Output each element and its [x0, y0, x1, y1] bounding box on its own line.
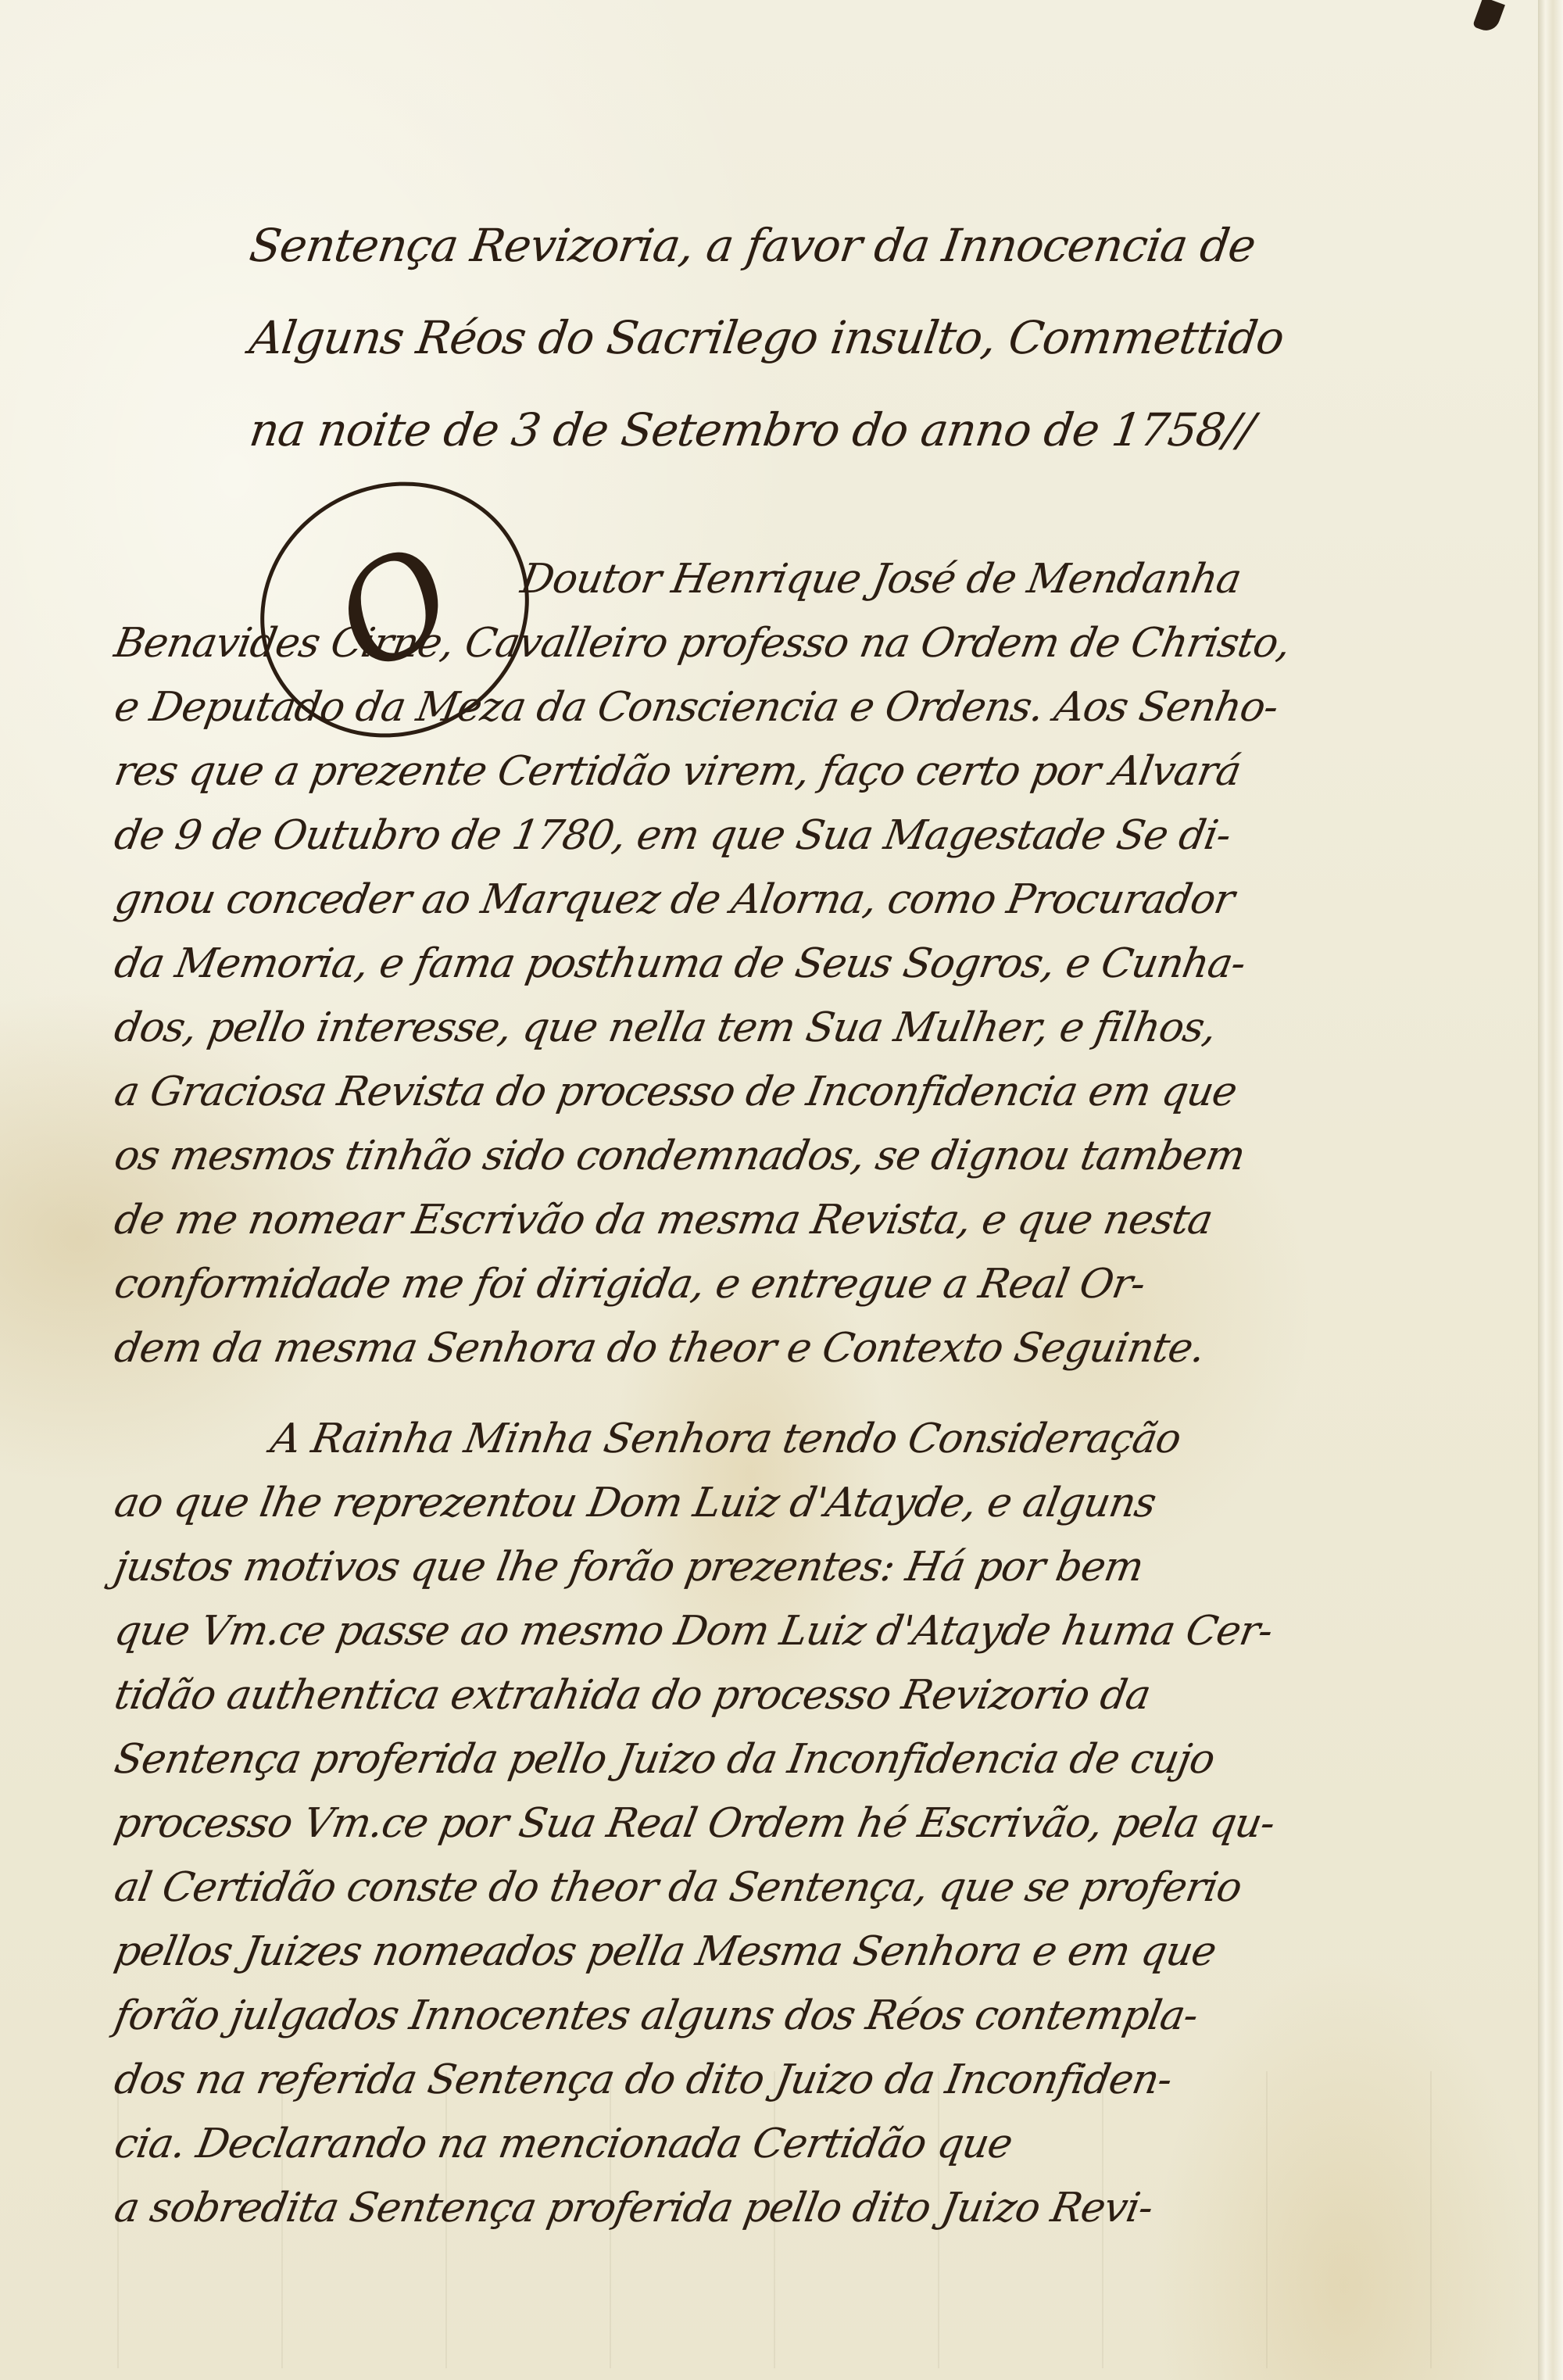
text-line: dem da mesma Senhora do theor e Contexto… — [109, 1316, 1496, 1380]
page-edge — [1538, 0, 1563, 2380]
title-line: na noite de 3 de Setembro do anno de 175… — [244, 384, 1476, 476]
text-line: gnou conceder ao Marquez de Alorna, como… — [109, 868, 1496, 932]
text-line: conformidade me foi dirigida, e entregue… — [109, 1252, 1496, 1316]
text-line: A Rainha Minha Senhora tendo Consideraçã… — [109, 1407, 1496, 1471]
manuscript-page: Sentença Revizoria, a favor da Innocenci… — [0, 0, 1563, 2380]
text-line: a Graciosa Revista do processo de Inconf… — [109, 1060, 1496, 1124]
text-line: justos motivos que lhe forão prezentes: … — [109, 1535, 1496, 1599]
text-line: dos na referida Sentença do dito Juizo d… — [109, 2048, 1496, 2112]
text-line: a sobredita Sentença proferida pello dit… — [109, 2176, 1496, 2240]
ink-mark — [1472, 0, 1505, 34]
title-line: Sentença Revizoria, a favor da Innocenci… — [244, 199, 1476, 292]
text-line: dos, pello interesse, que nella tem Sua … — [109, 996, 1496, 1060]
text-line: de 9 de Outubro de 1780, em que Sua Mage… — [109, 803, 1496, 868]
text-line: tidão authentica extrahida do processo R… — [109, 1663, 1496, 1727]
document-title: Sentença Revizoria, a favor da Innocenci… — [250, 199, 1469, 476]
text-line: Sentença proferida pello Juizo da Inconf… — [109, 1727, 1496, 1791]
text-line: cia. Declarando na mencionada Certidão q… — [109, 2112, 1496, 2176]
text-line: forão julgados Innocentes alguns dos Réo… — [109, 1984, 1496, 2048]
text-line: ao que lhe reprezentou Dom Luiz d'Atayde… — [109, 1471, 1496, 1535]
text-line: processo Vm.ce por Sua Real Ordem hé Esc… — [109, 1791, 1496, 1856]
text-line: da Memoria, e fama posthuma de Seus Sogr… — [109, 932, 1496, 996]
document-body: Doutor Henrique José de Mendanha Benavid… — [109, 547, 1485, 2240]
text-line: e Deputado da Meza da Consciencia e Orde… — [109, 675, 1496, 739]
text-line: res que a prezente Certidão virem, faço … — [109, 739, 1496, 803]
text-line: al Certidão conste do theor da Sentença,… — [109, 1856, 1496, 1920]
text-line: de me nomear Escrivão da mesma Revista, … — [109, 1188, 1496, 1252]
text-line: pellos Juizes nomeados pella Mesma Senho… — [109, 1920, 1496, 1984]
title-line: Alguns Réos do Sacrilego insulto, Commet… — [244, 292, 1476, 384]
text-line: Benavides Cirne, Cavalleiro professo na … — [109, 611, 1496, 675]
text-line: que Vm.ce passe ao mesmo Dom Luiz d'Atay… — [109, 1599, 1496, 1663]
text-line: os mesmos tinhão sido condemnados, se di… — [109, 1124, 1496, 1188]
text-line: Doutor Henrique José de Mendanha — [109, 547, 1496, 611]
